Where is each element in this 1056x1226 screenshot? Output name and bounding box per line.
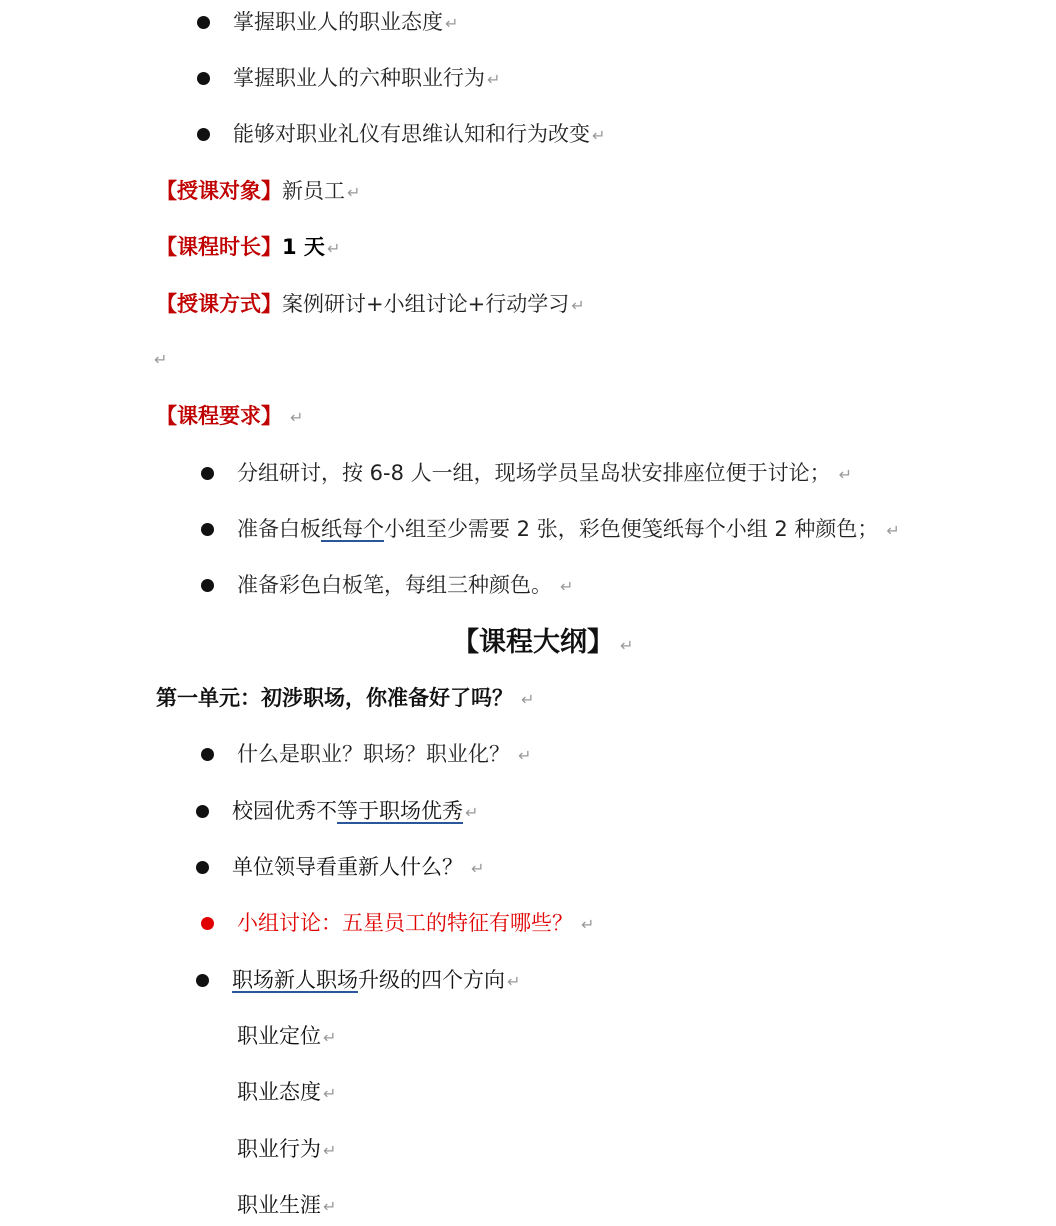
underlined-text: 职场新人职场 xyxy=(232,968,358,992)
audience-value: 新员工 xyxy=(282,179,345,203)
paragraph-mark-icon: ↵ xyxy=(347,183,360,202)
paragraph-mark-icon: ↵ xyxy=(839,465,852,484)
bullet-icon xyxy=(201,579,214,592)
paragraph-mark-icon: ↵ xyxy=(465,803,478,822)
bullet-icon xyxy=(201,748,214,761)
method-value: 案例研讨+小组讨论+行动学习 xyxy=(282,292,569,316)
underlined-text: 纸每个 xyxy=(321,517,384,541)
paragraph-mark-icon: ↵ xyxy=(445,14,458,33)
paragraph-mark-icon: ↵ xyxy=(323,1028,336,1047)
paragraph-mark-icon: ↵ xyxy=(323,1084,336,1103)
method-label: 【授课方式】 xyxy=(156,292,282,316)
paragraph-mark-icon: ↵ xyxy=(886,521,899,540)
duration-label: 【课程时长】 xyxy=(156,235,282,259)
paragraph-mark-icon: ↵ xyxy=(518,746,531,765)
bullet-icon xyxy=(197,16,210,29)
paragraph-mark-icon: ↵ xyxy=(471,859,484,878)
bullet-icon xyxy=(201,467,214,480)
paragraph-mark-icon: ↵ xyxy=(327,239,340,258)
bullet-icon xyxy=(196,861,209,874)
outline-heading: 【课程大纲】↵ xyxy=(0,626,1056,660)
bullet-icon xyxy=(197,72,210,85)
paragraph-mark-icon: ↵ xyxy=(290,408,303,427)
bullet-icon xyxy=(197,128,210,141)
paragraph-mark-icon: ↵ xyxy=(620,636,633,655)
paragraph-mark-icon: ↵ xyxy=(507,972,520,991)
bullet-icon xyxy=(201,523,214,536)
paragraph-mark-icon: ↵ xyxy=(581,915,594,934)
paragraph-mark-icon: ↵ xyxy=(571,296,584,315)
paragraph-mark-icon: ↵ xyxy=(592,126,605,145)
paragraph-mark-icon: ↵ xyxy=(323,1197,336,1216)
bullet-icon xyxy=(201,917,214,930)
outline-title: 【课程大纲】 xyxy=(452,627,614,658)
duration-value: 1 天 xyxy=(282,235,325,259)
paragraph-mark-icon: ↵ xyxy=(487,70,500,89)
bullet-icon xyxy=(196,805,209,818)
paragraph-mark-icon: ↵ xyxy=(323,1141,336,1160)
paragraph-mark-icon: ↵ xyxy=(521,690,534,709)
audience-label: 【授课对象】 xyxy=(156,179,282,203)
paragraph-mark-icon: ↵ xyxy=(560,577,573,596)
underlined-text: 等于职场优秀 xyxy=(337,799,463,823)
bullet-icon xyxy=(196,974,209,987)
paragraph-mark-icon: ↵ xyxy=(154,346,167,374)
